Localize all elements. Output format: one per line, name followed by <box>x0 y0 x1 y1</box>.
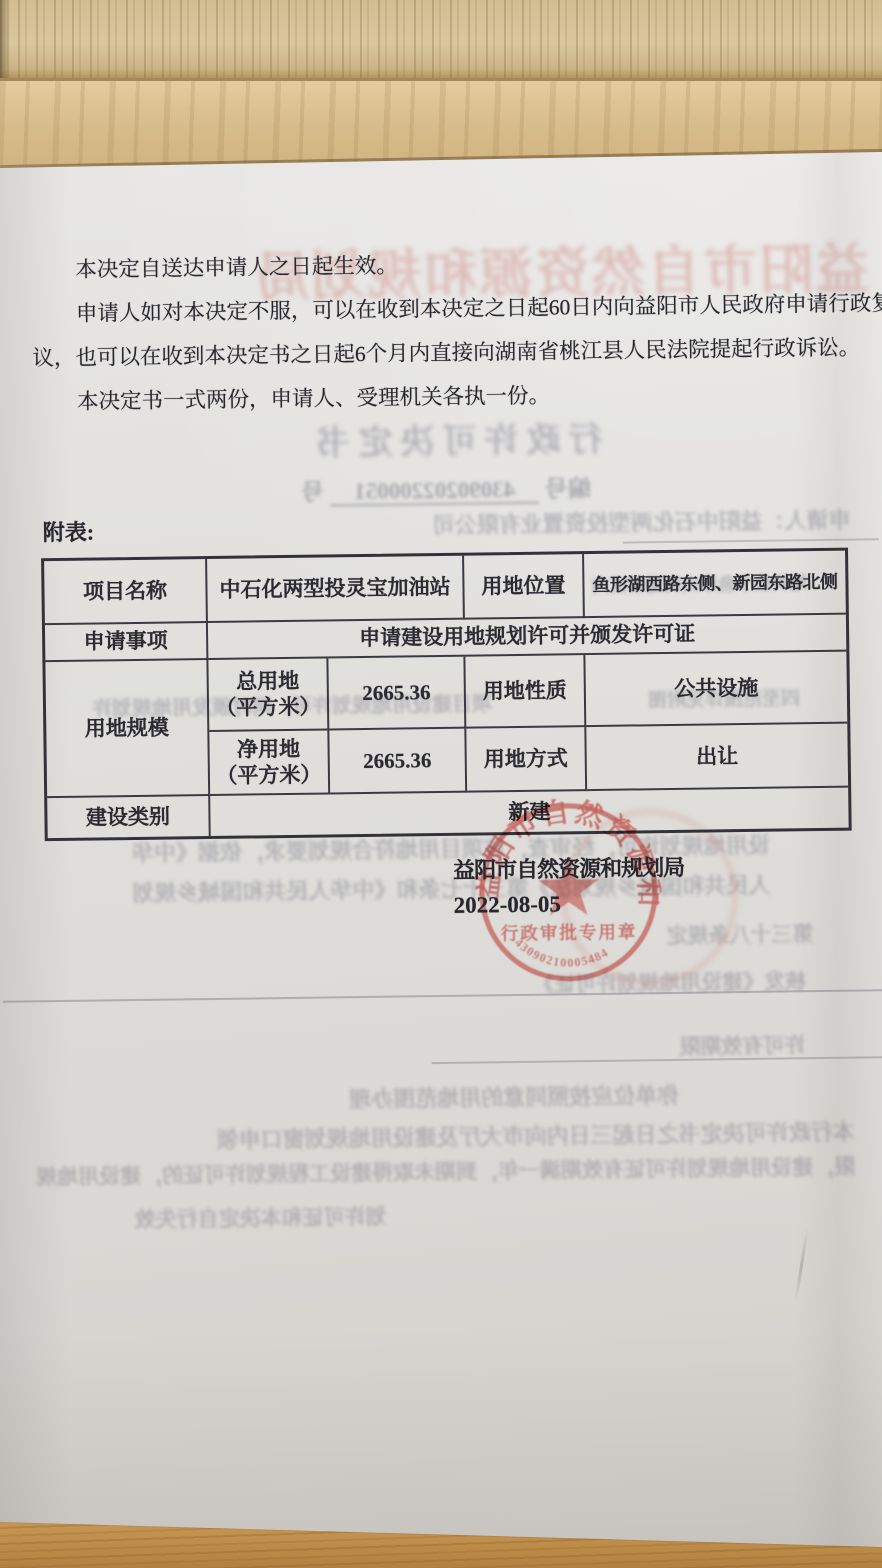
bleedthrough-doc-number-line: 编号 43090202200051 号 <box>218 469 674 508</box>
cell-project-name-label: 项目名称 <box>44 559 208 625</box>
cell-supply-mode-value: 出让 <box>586 724 848 791</box>
issuer-name: 益阳市自然资源和规划局 <box>453 851 684 885</box>
cell-request-label: 申请事项 <box>45 623 208 662</box>
page-content: 益阳市自然资源和规划局 行政许可决定书 编号 43090202200051 号 … <box>0 0 882 1568</box>
bleedthrough-applicant-line: 申请人：益阳中石化两型投资置业有限公司 <box>404 503 878 540</box>
cell-land-use-label: 用地性质 <box>465 655 586 729</box>
attachment-label: 附表: <box>43 516 95 548</box>
cell-net-land-label: 净用地 （平方米） <box>209 730 330 796</box>
bleedthrough-line: 本行政许可决定书之日起三日内向市大厅及建设用地规划窗口申领 <box>236 1116 854 1155</box>
photo-of-document: { "photo": { "colors": { "wood_light": "… <box>0 0 882 1568</box>
bleedthrough-underline <box>623 538 879 543</box>
paper-sheet: 益阳市自然资源和规划局 行政许可决定书 编号 43090202200051 号 … <box>0 0 882 1568</box>
cell-total-land-label: 总用地 （平方米） <box>208 658 329 732</box>
bleedthrough-number-label: 编号 <box>545 476 591 502</box>
bleedthrough-line: 限，建设用地规划许可证有效期满一年，到期未取得建设工程规划许可证的，建设用地规 <box>50 1151 855 1192</box>
bleedthrough-line: 你单位应按照同意的用地范围办理 <box>254 1078 774 1116</box>
cell-land-use-value: 公共设施 <box>585 652 847 727</box>
cell-construction-type-label: 建设类别 <box>47 796 211 838</box>
bleedthrough-doc-number: 43090202200051 <box>330 477 539 507</box>
cell-net-land-value: 2665.36 <box>329 729 467 795</box>
cell-location-value: 鱼形湖西路东侧、新园东路北侧 <box>584 551 846 618</box>
paragraph-line: 本决定书一式两份，申请人、受理机关各执一份。 <box>33 370 850 425</box>
cell-location-label: 用地位置 <box>464 554 585 620</box>
cell-total-land-value: 2665.36 <box>328 657 466 731</box>
cell-land-scale-label: 用地规模 <box>45 660 210 798</box>
cell-supply-mode-label: 用地方式 <box>466 727 587 793</box>
bleedthrough-line: 划许可证和本决定自行失效 <box>51 1200 471 1235</box>
decision-paragraphs: 本决定自送达申请人之日起生效。 申请人如对本决定不服，可以在收到本决定之日起60… <box>31 238 849 425</box>
cell-project-name-value: 中石化两型投灵宝加油站 <box>207 556 465 623</box>
decision-date: 2022-08-05 <box>453 891 561 918</box>
bleedthrough-number-suffix: 号 <box>301 479 324 504</box>
wood-panel-top <box>0 0 882 81</box>
attachment-table: 项目名称 中石化两型投灵宝加油站 用地位置 鱼形湖西路东侧、新园东路北侧 申请事… <box>41 548 852 842</box>
